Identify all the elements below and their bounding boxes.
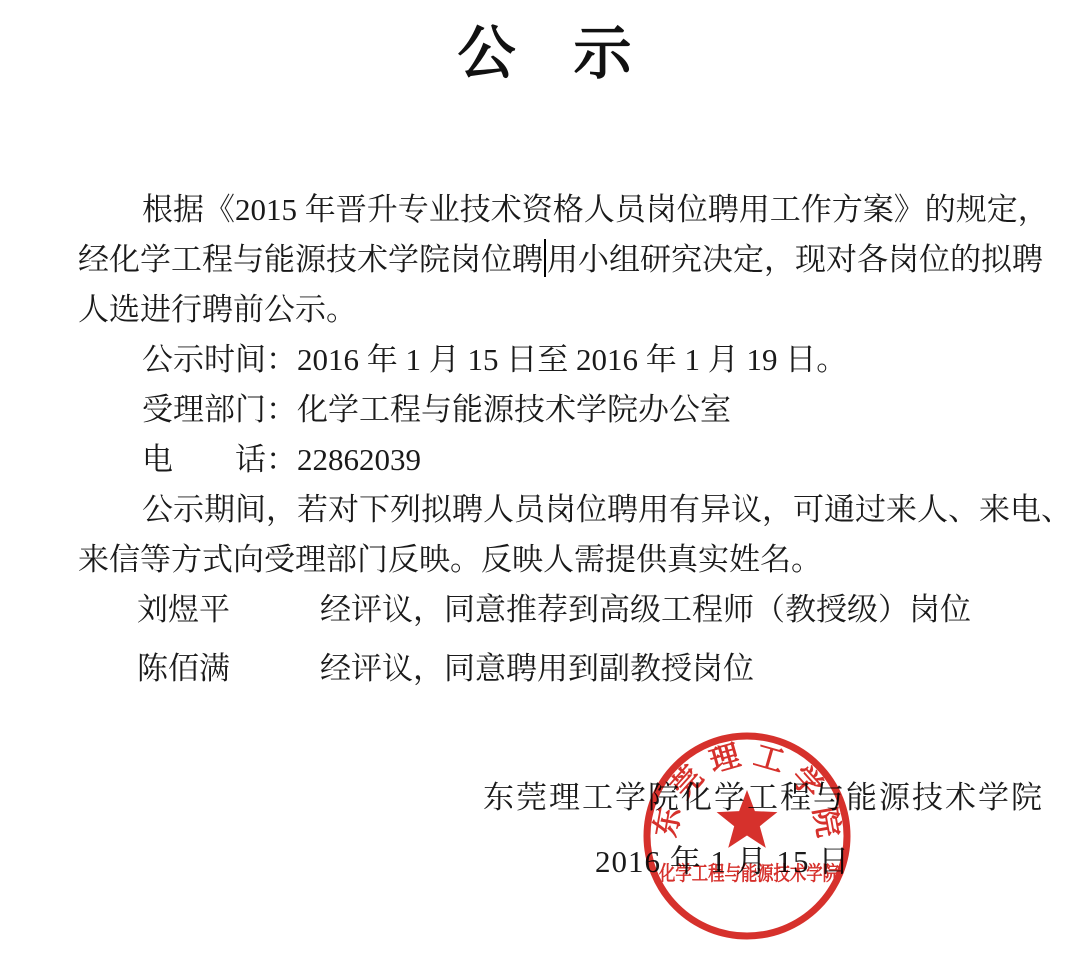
text-line: 根据《2015 年晋升专业技术资格人员岗位聘用工作方案》的规定， [78, 185, 1038, 235]
document-page[interactable]: 公 示 根据《2015 年晋升专业技术资格人员岗位聘用工作方案》的规定， 经化学… [0, 0, 1089, 975]
appointment-decision: 经评议，同意推荐到高级工程师（教授级）岗位 [320, 592, 971, 627]
signature-org: 东莞理工学院化学工程与能源技术学院 [483, 772, 1044, 817]
text-segment: 用小组研究决定，现对各岗位的拟聘 [547, 242, 1043, 277]
text-line: 电 话：22862039 [78, 435, 1038, 485]
text-line: 经化学工程与能源技术学院岗位聘用小组研究决定，现对各岗位的拟聘 [78, 235, 1038, 285]
appointee-name: 刘煜平 [137, 585, 320, 635]
text-line: 来信等方式向受理部门反映。反映人需提供真实姓名。 [78, 535, 1038, 585]
text-segment: 经化学工程与能源技术学院岗位聘 [78, 242, 543, 277]
text-line: 人选进行聘前公示。 [78, 285, 1038, 335]
appointee-name: 陈佰满 [137, 644, 320, 694]
document-title: 公 示 [0, 6, 1089, 90]
text-line: 公示时间：2016 年 1 月 15 日至 2016 年 1 月 19 日。 [78, 335, 1038, 385]
text-cursor-icon [544, 239, 546, 277]
appointment-row: 刘煜平经评议，同意推荐到高级工程师（教授级）岗位 [78, 585, 1038, 635]
text-line: 公示期间，若对下列拟聘人员岗位聘用有异议，可通过来人、来电、 [78, 485, 1038, 535]
document-body[interactable]: 根据《2015 年晋升专业技术资格人员岗位聘用工作方案》的规定， 经化学工程与能… [78, 185, 1038, 694]
appointment-row: 陈佰满经评议，同意聘用到副教授岗位 [78, 644, 1038, 694]
text-line: 受理部门：化学工程与能源技术学院办公室 [78, 385, 1038, 435]
signature-date: 2016 年 1 月 15 日 [595, 836, 850, 881]
appointment-decision: 经评议，同意聘用到副教授岗位 [320, 651, 754, 686]
